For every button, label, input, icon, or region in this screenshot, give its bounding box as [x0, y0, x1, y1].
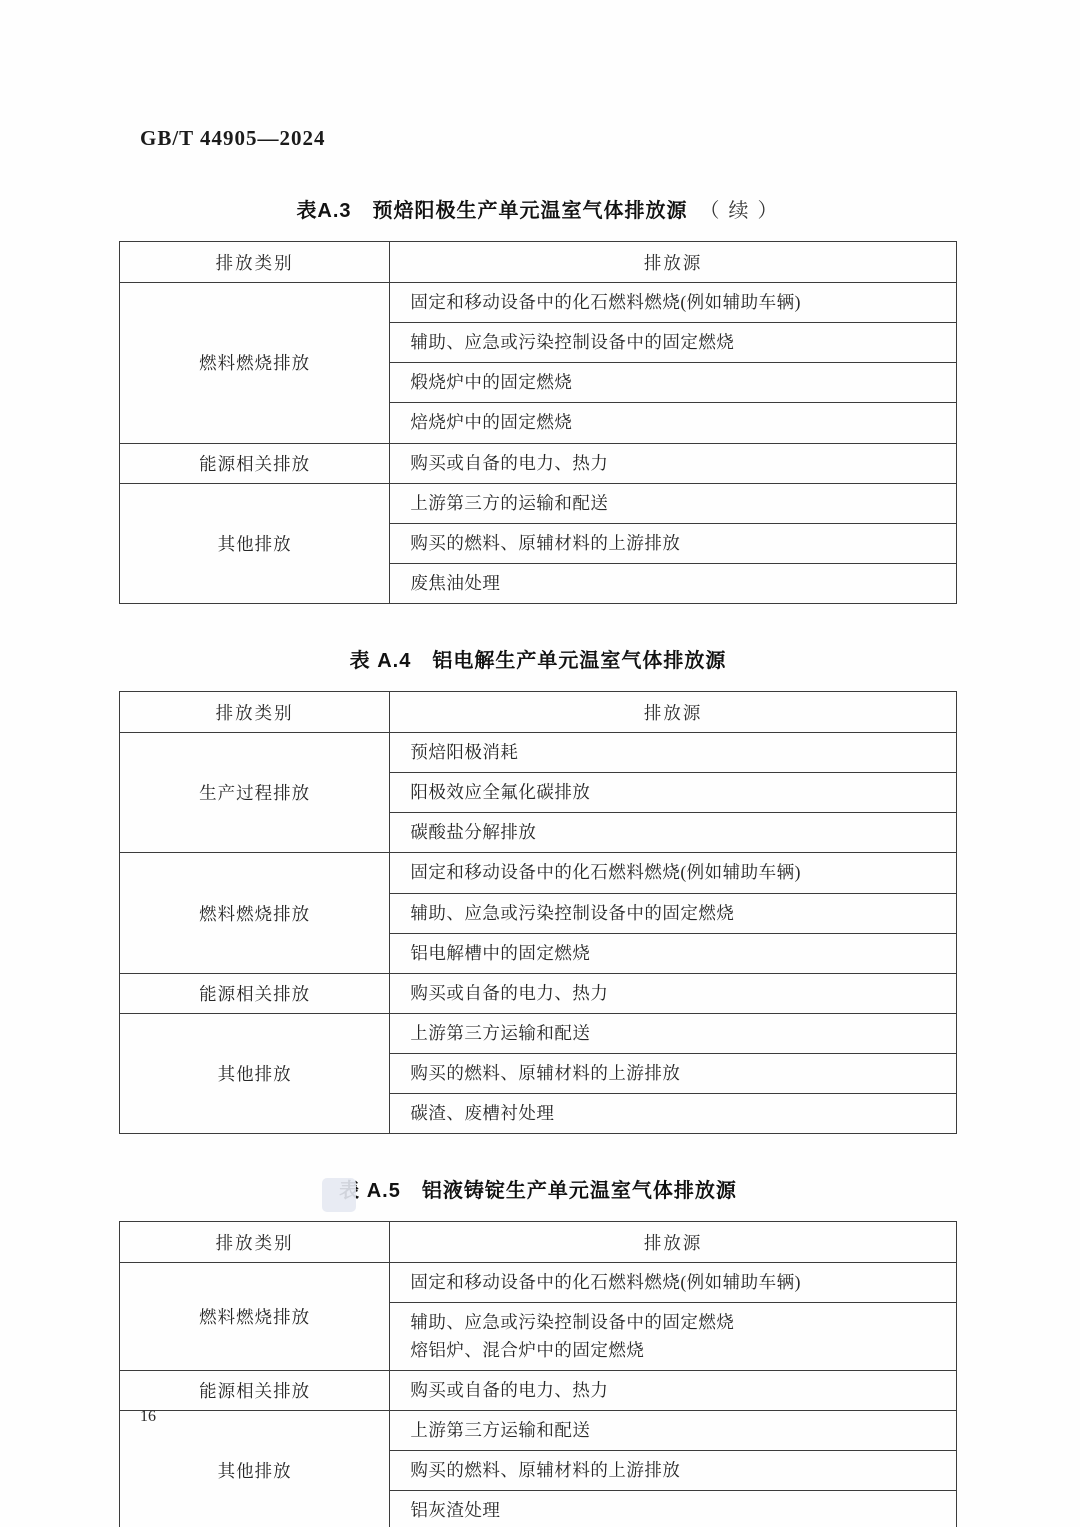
- table-row: 其他排放上游第三方的运输和配送: [120, 483, 957, 523]
- table-body: 生产过程排放预焙阳极消耗阳极效应全氟化碳排放碳酸盐分解排放燃料燃烧排放固定和移动…: [120, 733, 957, 1134]
- category-cell: 能源相关排放: [120, 443, 390, 483]
- source-cell: 辅助、应急或污染控制设备中的固定燃烧: [390, 323, 957, 363]
- source-cell: 煅烧炉中的固定燃烧: [390, 363, 957, 403]
- table-header-row: 排放类别排放源: [120, 1222, 957, 1263]
- document-page: GB/T 44905—2024 表A.3 预焙阳极生产单元温室气体排放源 （ 续…: [0, 0, 1080, 1527]
- column-header-category: 排放类别: [120, 692, 390, 733]
- table-row: 其他排放上游第三方运输和配送: [120, 1410, 957, 1450]
- source-cell: 购买的燃料、原辅材料的上游排放: [390, 523, 957, 563]
- emission-source-table-A4: 排放类别排放源生产过程排放预焙阳极消耗阳极效应全氟化碳排放碳酸盐分解排放燃料燃烧…: [119, 691, 957, 1134]
- column-header-source: 排放源: [390, 692, 957, 733]
- table-row: 燃料燃烧排放固定和移动设备中的化石燃料燃烧(例如辅助车辆): [120, 853, 957, 893]
- source-cell: 铝电解槽中的固定燃烧: [390, 933, 957, 973]
- table-header-row: 排放类别排放源: [120, 242, 957, 283]
- table-row: 能源相关排放购买或自备的电力、热力: [120, 443, 957, 483]
- category-cell: 燃料燃烧排放: [120, 1263, 390, 1370]
- source-cell: 购买的燃料、原辅材料的上游排放: [390, 1054, 957, 1094]
- category-cell: 其他排放: [120, 483, 390, 603]
- table-head: 排放类别排放源: [120, 1222, 957, 1263]
- table-row: 能源相关排放购买或自备的电力、热力: [120, 1370, 957, 1410]
- source-cell: 固定和移动设备中的化石燃料燃烧(例如辅助车辆): [390, 283, 957, 323]
- source-cell: 上游第三方运输和配送: [390, 1013, 957, 1053]
- source-cell: 辅助、应急或污染控制设备中的固定燃烧 熔铝炉、混合炉中的固定燃烧: [390, 1303, 957, 1370]
- column-header-category: 排放类别: [120, 242, 390, 283]
- page-number: 16: [140, 1408, 156, 1426]
- table-title-text: 表 A.5 铝液铸锭生产单元温室气体排放源: [339, 1180, 737, 1202]
- table-row: 能源相关排放购买或自备的电力、热力: [120, 973, 957, 1013]
- source-cell: 阳极效应全氟化碳排放: [390, 773, 957, 813]
- source-cell: 焙烧炉中的固定燃烧: [390, 403, 957, 443]
- source-cell: 购买或自备的电力、热力: [390, 443, 957, 483]
- source-cell: 购买或自备的电力、热力: [390, 973, 957, 1013]
- source-cell: 辅助、应急或污染控制设备中的固定燃烧: [390, 893, 957, 933]
- tables-container: 表A.3 预焙阳极生产单元温室气体排放源 （ 续 ）排放类别排放源燃料燃烧排放固…: [119, 0, 957, 1527]
- emission-source-table-A3: 排放类别排放源燃料燃烧排放固定和移动设备中的化石燃料燃烧(例如辅助车辆)辅助、应…: [119, 241, 957, 604]
- source-cell: 碳酸盐分解排放: [390, 813, 957, 853]
- column-header-category: 排放类别: [120, 1222, 390, 1263]
- emission-source-table-A5: 排放类别排放源燃料燃烧排放固定和移动设备中的化石燃料燃烧(例如辅助车辆)辅助、应…: [119, 1221, 957, 1527]
- table-body: 燃料燃烧排放固定和移动设备中的化石燃料燃烧(例如辅助车辆)辅助、应急或污染控制设…: [120, 283, 957, 604]
- column-header-source: 排放源: [390, 242, 957, 283]
- source-cell: 固定和移动设备中的化石燃料燃烧(例如辅助车辆): [390, 853, 957, 893]
- source-cell: 购买的燃料、原辅材料的上游排放: [390, 1450, 957, 1490]
- table-title-A5: 表 A.5 铝液铸锭生产单元温室气体排放源: [119, 1178, 957, 1204]
- category-cell: 生产过程排放: [120, 733, 390, 853]
- table-title-suffix: （ 续 ）: [688, 200, 780, 222]
- source-cell: 购买或自备的电力、热力: [390, 1370, 957, 1410]
- category-cell: 能源相关排放: [120, 1370, 390, 1410]
- table-section-A4: 表 A.4 铝电解生产单元温室气体排放源排放类别排放源生产过程排放预焙阳极消耗阳…: [119, 648, 957, 1134]
- table-title-A3: 表A.3 预焙阳极生产单元温室气体排放源 （ 续 ）: [119, 198, 957, 224]
- table-head: 排放类别排放源: [120, 242, 957, 283]
- source-cell: 预焙阳极消耗: [390, 733, 957, 773]
- category-cell: 其他排放: [120, 1410, 390, 1527]
- source-cell: 碳渣、废槽衬处理: [390, 1094, 957, 1134]
- source-cell: 铝灰渣处理: [390, 1491, 957, 1527]
- watermark: [322, 1178, 356, 1212]
- table-row: 燃料燃烧排放固定和移动设备中的化石燃料燃烧(例如辅助车辆): [120, 1263, 957, 1303]
- category-cell: 燃料燃烧排放: [120, 283, 390, 444]
- source-cell: 上游第三方的运输和配送: [390, 483, 957, 523]
- table-body: 燃料燃烧排放固定和移动设备中的化石燃料燃烧(例如辅助车辆)辅助、应急或污染控制设…: [120, 1263, 957, 1527]
- table-row: 生产过程排放预焙阳极消耗: [120, 733, 957, 773]
- category-cell: 能源相关排放: [120, 973, 390, 1013]
- category-cell: 其他排放: [120, 1013, 390, 1133]
- table-row: 其他排放上游第三方运输和配送: [120, 1013, 957, 1053]
- table-section-A5: 表 A.5 铝液铸锭生产单元温室气体排放源排放类别排放源燃料燃烧排放固定和移动设…: [119, 1178, 957, 1527]
- table-row: 燃料燃烧排放固定和移动设备中的化石燃料燃烧(例如辅助车辆): [120, 283, 957, 323]
- table-head: 排放类别排放源: [120, 692, 957, 733]
- category-cell: 燃料燃烧排放: [120, 853, 390, 973]
- column-header-source: 排放源: [390, 1222, 957, 1263]
- source-cell: 废焦油处理: [390, 563, 957, 603]
- table-title-A4: 表 A.4 铝电解生产单元温室气体排放源: [119, 648, 957, 674]
- source-cell: 上游第三方运输和配送: [390, 1410, 957, 1450]
- table-title-text: 表 A.4 铝电解生产单元温室气体排放源: [350, 650, 727, 672]
- table-header-row: 排放类别排放源: [120, 692, 957, 733]
- source-cell: 固定和移动设备中的化石燃料燃烧(例如辅助车辆): [390, 1263, 957, 1303]
- table-title-text: 表A.3 预焙阳极生产单元温室气体排放源: [296, 200, 687, 222]
- table-section-A3: 表A.3 预焙阳极生产单元温室气体排放源 （ 续 ）排放类别排放源燃料燃烧排放固…: [119, 198, 957, 604]
